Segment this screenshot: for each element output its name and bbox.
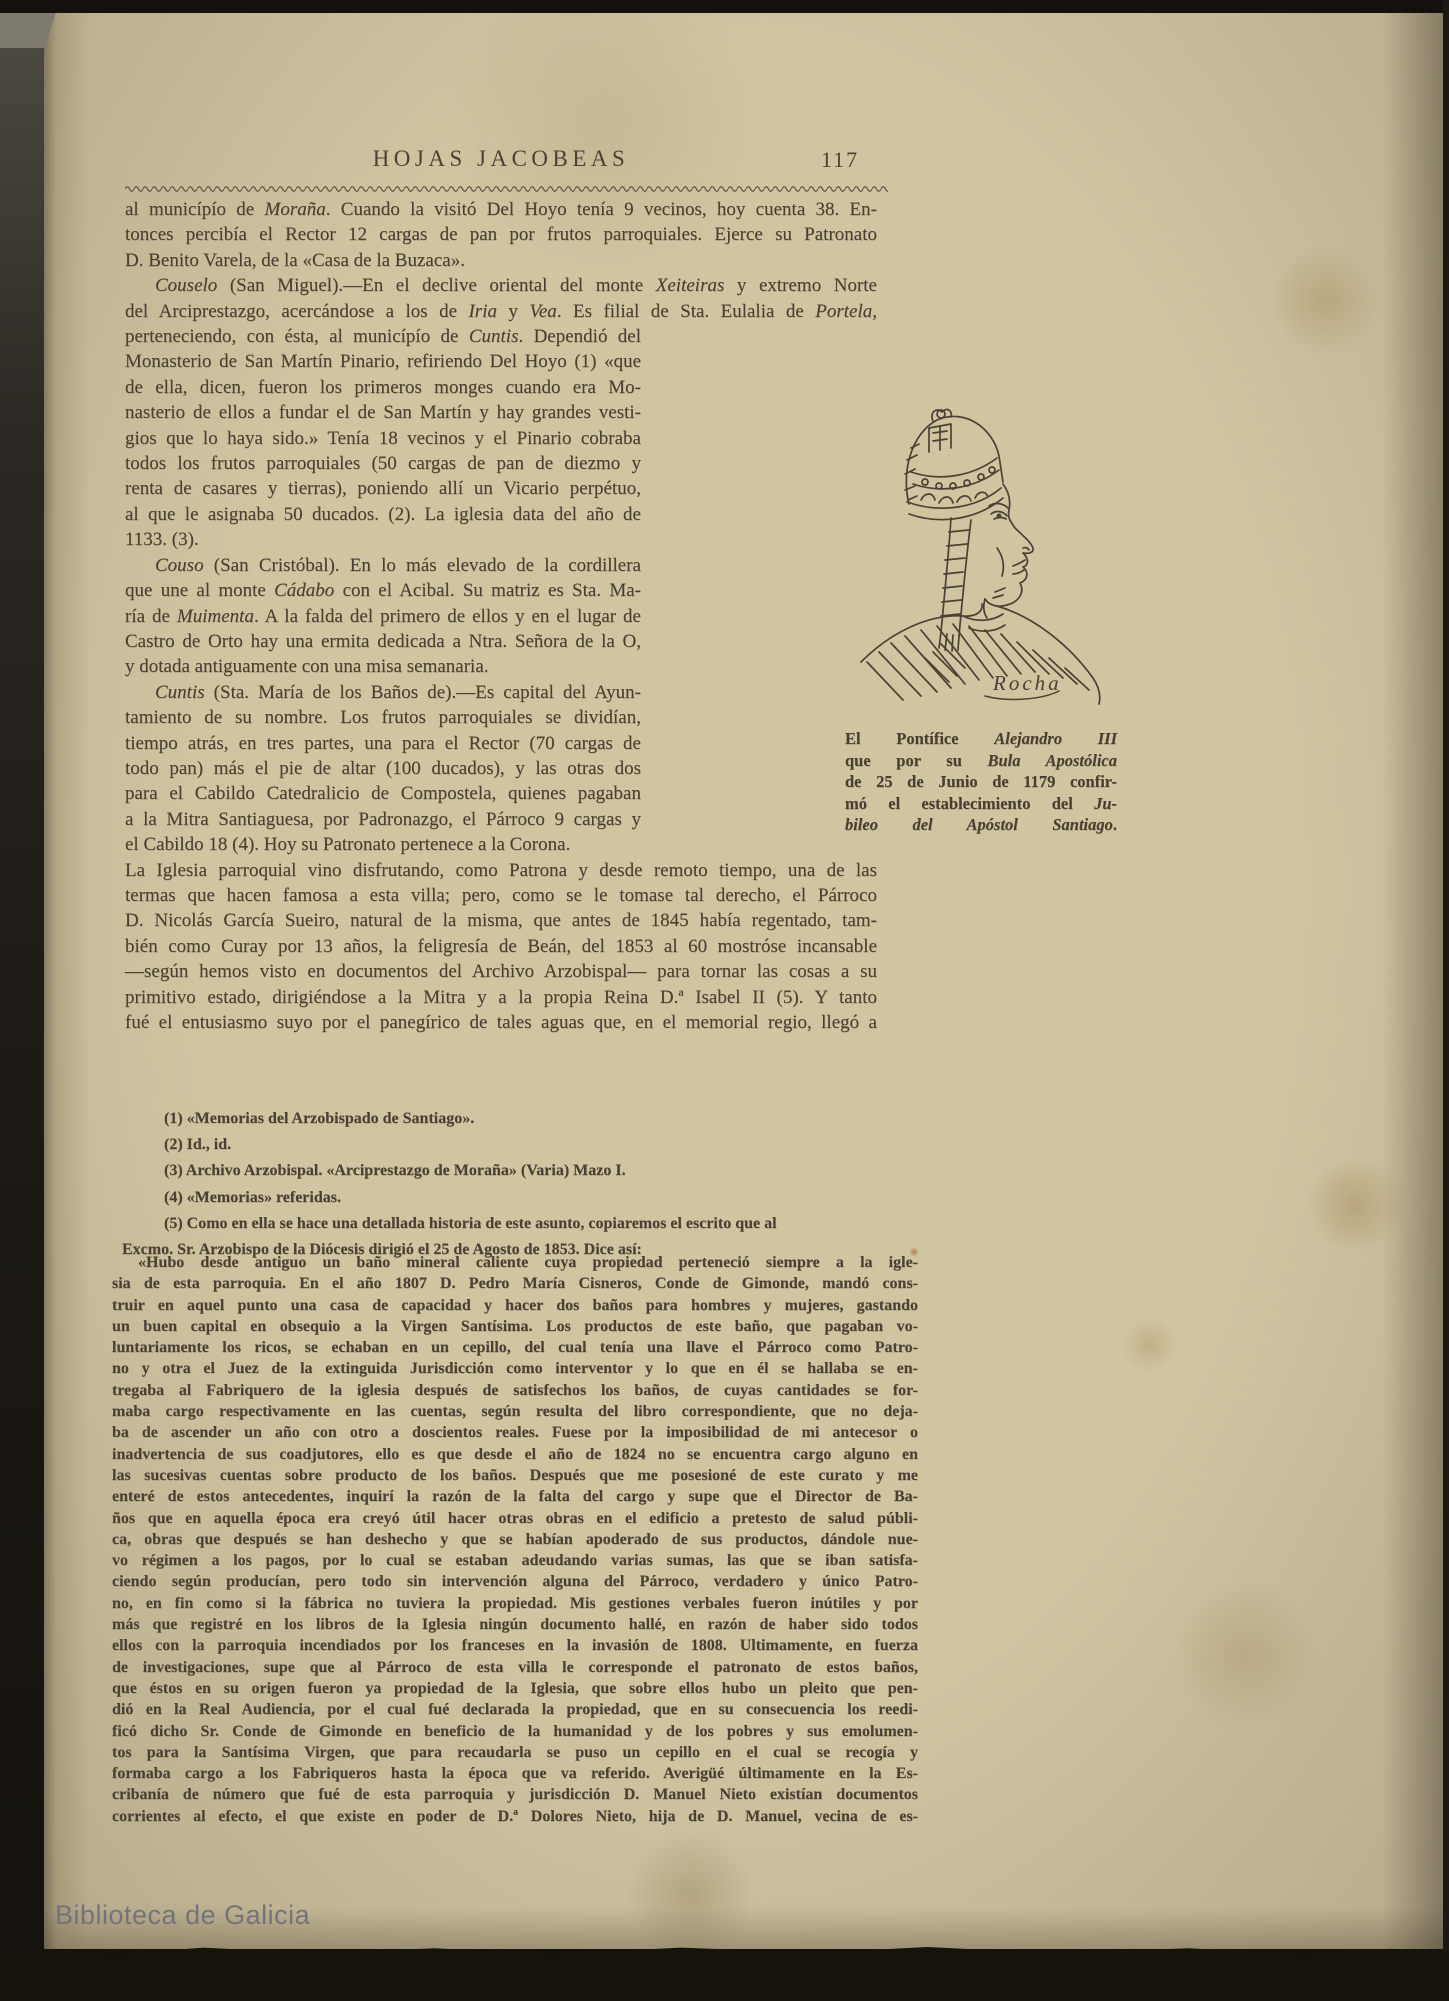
text-line: el Cabildo 18 (4). Hoy su Patronato pert…: [125, 832, 641, 857]
text-line: las sucesivas cuentas sobre producto de …: [112, 1465, 918, 1486]
quoted-letter: «Hubo desde antiguo un baño mineral cali…: [112, 1252, 918, 1827]
paragraph-couselo-fullwidth: Couselo (San Miguel).—En el declive orie…: [125, 273, 877, 324]
figure-alexander-iii: Rocha El Pontífice Alejandro IIIque por …: [845, 400, 1117, 836]
text-line: a la Mitra Santiaguesa, por Padronazgo, …: [125, 807, 641, 832]
footnotes: (1) «Memorias del Arzobispado de Santiag…: [122, 1106, 922, 1263]
text-line: D. Benito Varela, de la «Casa de la Buza…: [125, 248, 877, 273]
text-line: vo régimen a los pagos, por lo cual se e…: [112, 1550, 918, 1571]
article-body: al municípío de Moraña. Cuando la visitó…: [125, 197, 877, 1035]
text-line: La Iglesia parroquial vino disfrutando, …: [125, 858, 877, 883]
page-title: HOJAS JACOBEAS: [373, 146, 630, 171]
text-line: mó el establecimiento del Ju-: [845, 793, 1117, 815]
text-line: todos los frutos parroquiales (50 cargas…: [125, 451, 641, 476]
text-line: ños que en aquella época era creyó útil …: [112, 1508, 918, 1529]
text-line: de ella, dicen, fueron los primeros mong…: [125, 375, 641, 400]
text-line: perteneciendo, con ésta, al municípío de…: [125, 324, 641, 349]
text-line: tos para la Santísima Virgen, que para r…: [112, 1742, 918, 1763]
text-line: Monasterio de San Martín Pinario, refiri…: [125, 349, 641, 374]
text-line: fué el entusiasmo suyo por el panegírico…: [125, 1010, 877, 1035]
text-line: corrientes al efecto, el que existe en p…: [112, 1806, 918, 1827]
text-line: ba de ascender un año con otro a doscien…: [112, 1422, 918, 1443]
text-line: tiempo atrás, en tres partes, una para e…: [125, 731, 641, 756]
text-line: gios que lo haya sido.» Tenía 18 vecinos…: [125, 426, 641, 451]
text-line: El Pontífice Alejandro III: [845, 728, 1117, 750]
text-line: del Arciprestazgo, acercándose a los de …: [125, 299, 877, 324]
text-line: que por su Bula Apostólica: [845, 750, 1117, 772]
narrow-column: perteneciendo, con ésta, al municípío de…: [125, 324, 641, 858]
text-line: enteré de estos antecedentes, inquirí la…: [112, 1486, 918, 1507]
scan-right-edge: [1443, 0, 1449, 2001]
text-line: ría de Muimenta. A la falda del primero …: [125, 604, 641, 629]
scanned-page: HOJAS JACOBEAS 117 al municípío de Morañ…: [0, 0, 1449, 2001]
paragraph-cuntis: Cuntis (Sta. María de los Baños de).—Es …: [125, 680, 641, 858]
text-line: ca, obras que después se han deshecho y …: [112, 1529, 918, 1550]
text-line: inadvertencia de sus coadjutores, ello e…: [112, 1444, 918, 1465]
library-watermark: Biblioteca de Galicia: [55, 1900, 310, 1931]
text-line: (4) «Memorias» referidas.: [122, 1185, 922, 1211]
text-line: Couso (San Cristóbal). En lo más elevado…: [125, 553, 641, 578]
text-line: (3) Archivo Arzobispal. «Arciprestazgo d…: [122, 1158, 922, 1184]
text-line: nasterio de ellos a fundar el de San Mar…: [125, 400, 641, 425]
text-line: ellos con la parroquia incendiados por l…: [112, 1635, 918, 1656]
wavy-rule: [125, 179, 888, 197]
text-line: bién como Curay por 13 años, la feligres…: [125, 934, 877, 959]
paragraph-couso: Couso (San Cristóbal). En lo más elevado…: [125, 553, 641, 680]
text-line: tamiento de su nombre. Los frutos parroq…: [125, 705, 641, 730]
scan-top-edge: [0, 0, 1449, 13]
text-line: formaba cargo a los Fabriqueros hasta la…: [112, 1763, 918, 1784]
text-line: ficó dicho Sr. Conde de Gimonde en benef…: [112, 1721, 918, 1742]
page-number: 117: [821, 147, 859, 173]
text-line: termas que hacen famosa a esta villa; pe…: [125, 883, 877, 908]
text-line: no, en fin como si la fábrica no tuviera…: [112, 1593, 918, 1614]
paragraph-couselo-narrow: perteneciendo, con ésta, al municípío de…: [125, 324, 641, 553]
text-line: Castro de Orto hay una ermita dedicada a…: [125, 629, 641, 654]
text-line: —según hemos visto en documentos del Arc…: [125, 959, 877, 984]
text-line: al que le asignaba 50 ducados. (2). La i…: [125, 502, 641, 527]
text-line: truir en aquel punto una casa de capacid…: [112, 1295, 918, 1316]
text-line: todo pan) más el pie de altar (100 ducad…: [125, 756, 641, 781]
text-line: luntariamente los ricos, se echaban en u…: [112, 1337, 918, 1358]
figure-caption: El Pontífice Alejandro IIIque por su Bul…: [845, 728, 1117, 836]
text-line: ciendo según producían, pero todo sin in…: [112, 1571, 918, 1592]
text-line: no y otra el Juez de la extinguida Juris…: [112, 1358, 918, 1379]
scan-bottom-edge: [0, 1943, 1449, 2001]
paragraph-intro: al municípío de Moraña. Cuando la visitó…: [125, 197, 877, 273]
text-line: cribanía de número que fué de esta parro…: [112, 1784, 918, 1805]
text-line: de 25 de Junio de 1179 confir-: [845, 771, 1117, 793]
pope-engraving: Rocha: [845, 400, 1115, 715]
text-line: Couselo (San Miguel).—En el declive orie…: [125, 273, 877, 298]
text-line: que éstos en su origen fueron ya propied…: [112, 1678, 918, 1699]
text-line: renta de casares y tierras), poniendo al…: [125, 476, 641, 501]
paragraph-continuation: La Iglesia parroquial vino disfrutando, …: [125, 858, 877, 1036]
text-line: maba cargo respectivamente en las cuenta…: [112, 1401, 918, 1422]
text-line: más que registré en los libros de la Igl…: [112, 1614, 918, 1635]
text-line: (2) Id., id.: [122, 1132, 922, 1158]
text-line: (5) Como en ella se hace una detallada h…: [122, 1211, 922, 1237]
text-line: Cuntis (Sta. María de los Baños de).—Es …: [125, 680, 641, 705]
text-line: D. Nicolás García Sueiro, natural de la …: [125, 908, 877, 933]
text-line: (1) «Memorias del Arzobispado de Santiag…: [122, 1106, 922, 1132]
text-line: dió en la Real Audiencia, por el cual fu…: [112, 1699, 918, 1720]
text-line: tonces percibía el Rector 12 cargas de p…: [125, 222, 877, 247]
text-line: 1133. (3).: [125, 527, 641, 552]
scan-left-edge: [0, 0, 44, 2001]
running-header: HOJAS JACOBEAS: [125, 146, 877, 172]
text-line: «Hubo desde antiguo un baño mineral cali…: [112, 1252, 918, 1273]
text-line: al municípío de Moraña. Cuando la visitó…: [125, 197, 877, 222]
text-line: de investigaciones, supe que al Párroco …: [112, 1657, 918, 1678]
text-line: bileo del Apóstol Santiago.: [845, 814, 1117, 836]
text-line: tregaba al Fabriquero de la iglesia desp…: [112, 1380, 918, 1401]
text-line: sia de esta parroquia. En el año 1807 D.…: [112, 1273, 918, 1294]
text-line: para el Cabildo Catedralicio de Composte…: [125, 781, 641, 806]
text-line: primitivo estado, dirigiéndose a la Mitr…: [125, 985, 877, 1010]
text-line: un buen capital en obsequio a la Virgen …: [112, 1316, 918, 1337]
engraving-signature: Rocha: [992, 671, 1062, 695]
text-line: y dotada antiguamente con una misa seman…: [125, 654, 641, 679]
text-line: que une al monte Cádabo con el Acibal. S…: [125, 578, 641, 603]
